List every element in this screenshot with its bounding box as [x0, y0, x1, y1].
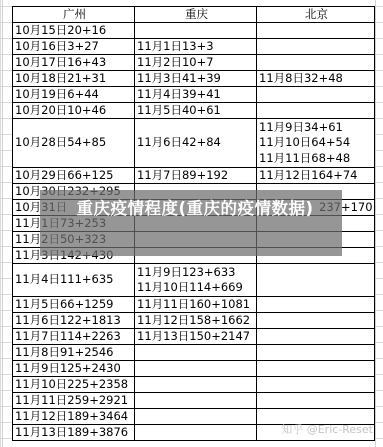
cell-guangzhou[interactable]: 11月11日259+2921	[13, 393, 135, 409]
cell-entry: 11月2日10+7	[137, 55, 256, 70]
cell-entry: 10月15日20+16	[15, 23, 134, 38]
table-row: 10月16日3+2711月1日13+3	[13, 39, 375, 55]
cell-entry: 11月12日164+74	[259, 168, 374, 183]
cell-entry: 10月28日54+85	[15, 135, 134, 151]
cell-entry: 11月12日189+3464	[15, 409, 134, 424]
table-row: 11月9日125+2430	[13, 361, 375, 377]
cell-guangzhou[interactable]: 11月4日111+635	[13, 264, 135, 297]
cell-beijing[interactable]	[257, 103, 375, 119]
cell-entry: 11月1日13+3	[137, 39, 256, 54]
cell-beijing[interactable]	[257, 23, 375, 39]
cell-guangzhou[interactable]: 10月15日20+16	[13, 23, 135, 39]
cell-entry: 11月4日39+41	[137, 87, 256, 102]
cell-guangzhou[interactable]: 11月9日125+2430	[13, 361, 135, 377]
cell-entry: 11月9日125+2430	[15, 361, 134, 376]
cell-entry: 11月11日68+48	[259, 151, 374, 167]
cell-beijing[interactable]	[257, 393, 375, 409]
table-row: 11月10日225+2358	[13, 377, 375, 393]
table-row: 10月15日20+16	[13, 23, 375, 39]
cell-guangzhou[interactable]: 11月10日225+2358	[13, 377, 135, 393]
cell-guangzhou[interactable]: 10月16日3+27	[13, 39, 135, 55]
cell-entry: 10月20日10+46	[15, 103, 134, 118]
cell-entry: 10月16日3+27	[15, 39, 134, 54]
table-row: 11月6日122+181311月12日158+1662	[13, 313, 375, 329]
header-guangzhou[interactable]: 广州	[13, 7, 135, 23]
cell-entry: 11月13日150+2147	[137, 329, 256, 344]
cell-entry: 11月8日32+48	[259, 71, 374, 86]
cell-chongqing[interactable]	[135, 361, 257, 377]
cell-chongqing[interactable]: 11月1日13+3	[135, 39, 257, 55]
table-row: 10月19日6+4411月4日39+41	[13, 87, 375, 103]
cell-chongqing[interactable]	[135, 377, 257, 393]
cell-chongqing[interactable]: 11月12日158+1662	[135, 313, 257, 329]
overlay-title: 重庆疫情程度(重庆的疫情数据)	[50, 196, 340, 222]
grid-column-line	[2, 0, 3, 447]
watermark: 知乎 @Eric-Reset	[281, 421, 373, 437]
cell-entry: 11月5日66+1259	[15, 297, 134, 312]
cell-entry: 11月10日225+2358	[15, 377, 134, 392]
cell-beijing[interactable]	[257, 377, 375, 393]
cell-entry: 11月7日89+192	[137, 168, 256, 183]
cell-chongqing[interactable]	[135, 345, 257, 361]
table-row: 11月11日259+2921	[13, 393, 375, 409]
cell-guangzhou[interactable]: 11月7日114+2263	[13, 329, 135, 345]
cell-chongqing[interactable]: 11月5日40+61	[135, 103, 257, 119]
cell-entry: 11月12日158+1662	[137, 313, 256, 328]
cell-beijing[interactable]	[257, 361, 375, 377]
cell-chongqing[interactable]: 11月3日41+39	[135, 71, 257, 87]
table-row: 10月18日21+3111月3日41+3911月8日32+48	[13, 71, 375, 87]
table-row: 11月7日114+226311月13日150+2147	[13, 329, 375, 345]
cell-chongqing[interactable]	[135, 393, 257, 409]
cell-entry: 11月6日122+1813	[15, 313, 134, 328]
cell-guangzhou[interactable]: 10月29日66+125	[13, 168, 135, 184]
cell-chongqing[interactable]: 11月4日39+41	[135, 87, 257, 103]
cell-chongqing[interactable]: 11月9日123+63311月10日114+669	[135, 264, 257, 297]
cell-guangzhou[interactable]: 10月19日6+44	[13, 87, 135, 103]
header-beijing[interactable]: 北京	[257, 7, 375, 23]
cell-entry: 10月18日21+31	[15, 71, 134, 86]
table-row: 10月28日54+8511月6日42+8411月9日34+6111月10日64+…	[13, 119, 375, 168]
cell-chongqing[interactable]: 11月6日42+84	[135, 119, 257, 168]
table-row: 10月29日66+12511月7日89+19211月12日164+74	[13, 168, 375, 184]
cell-entry: 11月11日160+1081	[137, 297, 256, 312]
cell-entry: 11月10日114+669	[137, 280, 256, 296]
cell-guangzhou[interactable]: 11月8日91+2546	[13, 345, 135, 361]
cell-entry: 11月8日91+2546	[15, 345, 134, 360]
cell-beijing[interactable]	[257, 55, 375, 71]
cell-beijing[interactable]	[257, 329, 375, 345]
cell-guangzhou[interactable]: 10月20日10+46	[13, 103, 135, 119]
cell-entry: 11月9日123+633	[137, 265, 256, 281]
cell-entry: 11月10日64+54	[259, 135, 374, 151]
cell-chongqing[interactable]	[135, 425, 257, 441]
table-row: 11月5日66+125911月11日160+1081	[13, 297, 375, 313]
cell-entry: 11月5日40+61	[137, 103, 256, 118]
cell-entry: 11月3日41+39	[137, 71, 256, 86]
cell-guangzhou[interactable]: 11月6日122+1813	[13, 313, 135, 329]
cell-entry: 11月11日259+2921	[15, 393, 134, 408]
cell-entry: 11月4日111+635	[15, 272, 134, 288]
cell-chongqing[interactable]: 11月7日89+192	[135, 168, 257, 184]
cell-chongqing[interactable]: 11月2日10+7	[135, 55, 257, 71]
table-row: 11月4日111+63511月9日123+63311月10日114+669	[13, 264, 375, 297]
cell-guangzhou[interactable]: 11月5日66+1259	[13, 297, 135, 313]
cell-guangzhou[interactable]: 10月17日16+43	[13, 55, 135, 71]
cell-beijing[interactable]	[257, 87, 375, 103]
cell-chongqing[interactable]: 11月13日150+2147	[135, 329, 257, 345]
table-row: 11月8日91+2546	[13, 345, 375, 361]
cell-chongqing[interactable]	[135, 23, 257, 39]
cell-beijing[interactable]	[257, 39, 375, 55]
cell-guangzhou[interactable]: 11月13日189+3876	[13, 425, 135, 441]
grid-column-line	[375, 0, 376, 447]
cell-beijing[interactable]: 11月8日32+48	[257, 71, 375, 87]
header-row: 广州 重庆 北京	[13, 7, 375, 23]
table-row: 10月20日10+4611月5日40+61	[13, 103, 375, 119]
cell-guangzhou[interactable]: 10月28日54+85	[13, 119, 135, 168]
cell-entry: 11月6日42+84	[137, 135, 256, 151]
cell-beijing[interactable]	[257, 345, 375, 361]
cell-guangzhou[interactable]: 11月12日189+3464	[13, 409, 135, 425]
header-chongqing[interactable]: 重庆	[135, 7, 257, 23]
cell-beijing[interactable]	[257, 313, 375, 329]
cell-beijing[interactable]: 11月9日34+6111月10日64+5411月11日68+48	[257, 119, 375, 168]
table-row: 10月17日16+4311月2日10+7	[13, 55, 375, 71]
cell-chongqing[interactable]	[135, 409, 257, 425]
cell-entry: 11月9日34+61	[259, 120, 374, 136]
cell-entry: 10月17日16+43	[15, 55, 134, 70]
cell-beijing[interactable]: 11月12日164+74	[257, 168, 375, 184]
cell-entry: 11月7日114+2263	[15, 329, 134, 344]
cell-beijing[interactable]	[257, 264, 375, 297]
cell-entry: 10月29日66+125	[15, 168, 134, 183]
cell-guangzhou[interactable]: 10月18日21+31	[13, 71, 135, 87]
cell-chongqing[interactable]: 11月11日160+1081	[135, 297, 257, 313]
cell-entry: 11月13日189+3876	[15, 425, 134, 440]
cell-beijing[interactable]	[257, 297, 375, 313]
cell-entry: 10月19日6+44	[15, 87, 134, 102]
